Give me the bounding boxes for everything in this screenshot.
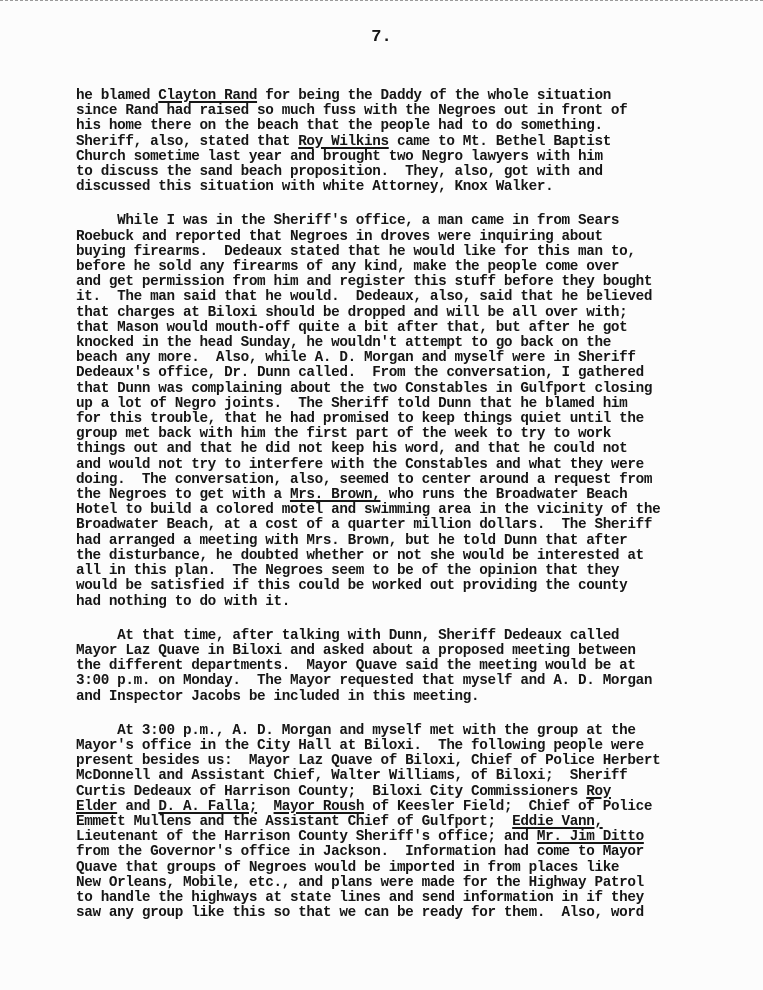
text-line: things out and that he did not keep his …: [76, 442, 736, 457]
text-line: New Orleans, Mobile, etc., and plans wer…: [76, 876, 736, 891]
text-line: doing. The conversation, also, seemed to…: [76, 473, 736, 488]
text-line: At 3:00 p.m., A. D. Morgan and myself me…: [76, 724, 736, 739]
text-run: the disturbance, he doubted whether or n…: [76, 548, 644, 564]
text-line: beach any more. Also, while A. D. Morgan…: [76, 351, 736, 366]
underlined-name: Mayor Roush: [274, 799, 365, 815]
text-run: saw any group like this so that we can b…: [76, 905, 644, 921]
text-run: things out and that he did not keep his …: [76, 441, 627, 457]
text-run: that Dunn was complaining about the two …: [76, 381, 652, 397]
text-line: his home there on the beach that the peo…: [76, 119, 736, 134]
text-run: had nothing to do with it.: [76, 594, 290, 610]
text-run: to discuss the sand beach proposition. T…: [76, 164, 603, 180]
text-line: Lieutenant of the Harrison County Sherif…: [76, 830, 736, 845]
text-line: that Dunn was complaining about the two …: [76, 382, 736, 397]
underlined-name: Roy Wilkins: [298, 134, 389, 150]
text-run: his home there on the beach that the peo…: [76, 118, 603, 134]
text-run: came to Mt. Bethel Baptist: [389, 134, 611, 150]
text-run: New Orleans, Mobile, etc., and plans wer…: [76, 875, 644, 891]
text-run: Mayor's office in the City Hall at Bilox…: [76, 738, 644, 754]
underlined-name: Roy: [586, 784, 611, 800]
text-line: Elder and D. A. Falla; Mayor Roush of Ke…: [76, 800, 736, 815]
text-line: all in this plan. The Negroes seem to be…: [76, 564, 736, 579]
text-line: Emmett Mullens and the Assistant Chief o…: [76, 815, 736, 830]
paragraph: he blamed Clayton Rand for being the Dad…: [76, 89, 736, 195]
text-run: group met back with him the first part o…: [76, 426, 611, 442]
text-line: Church sometime last year and brought tw…: [76, 150, 736, 165]
text-line: knocked in the head Sunday, he wouldn't …: [76, 336, 736, 351]
text-line: since Rand had raised so much fuss with …: [76, 104, 736, 119]
text-run: up a lot of Negro joints. The Sheriff to…: [76, 396, 627, 412]
text-line: discussed this situation with white Atto…: [76, 180, 736, 195]
text-line: and Inspector Jacobs be included in this…: [76, 690, 736, 705]
text-run: to handle the highways at state lines an…: [76, 890, 644, 906]
text-line: the different departments. Mayor Quave s…: [76, 659, 736, 674]
text-line: to handle the highways at state lines an…: [76, 891, 736, 906]
text-line: group met back with him the first part o…: [76, 427, 736, 442]
text-line: 3:00 p.m. on Monday. The Mayor requested…: [76, 674, 736, 689]
text-line: Hotel to build a colored motel and swimm…: [76, 503, 736, 518]
text-run: [257, 799, 273, 815]
underlined-name: D. A. Falla;: [158, 799, 257, 815]
underlined-name: Elder: [76, 799, 117, 815]
text-run: Lieutenant of the Harrison County Sherif…: [76, 829, 537, 845]
document-body: he blamed Clayton Rand for being the Dad…: [76, 89, 736, 940]
text-run: all in this plan. The Negroes seem to be…: [76, 563, 619, 579]
text-line: Curtis Dedeaux of Harrison County; Bilox…: [76, 785, 736, 800]
text-line: from the Governor's office in Jackson. I…: [76, 845, 736, 860]
text-run: that charges at Biloxi should be dropped…: [76, 305, 627, 321]
text-run: present besides us: Mayor Laz Quave of B…: [76, 753, 660, 769]
text-run: the Negroes to get with a: [76, 487, 290, 503]
page-top-border: [0, 0, 763, 1]
text-run: since Rand had raised so much fuss with …: [76, 103, 627, 119]
text-run: for this trouble, that he had promised t…: [76, 411, 644, 427]
text-run: At 3:00 p.m., A. D. Morgan and myself me…: [76, 723, 636, 739]
text-run: McDonnell and Assistant Chief, Walter Wi…: [76, 768, 627, 784]
text-line: McDonnell and Assistant Chief, Walter Wi…: [76, 769, 736, 784]
text-line: had arranged a meeting with Mrs. Brown, …: [76, 534, 736, 549]
text-run: that Mason would mouth-off quite a bit a…: [76, 320, 627, 336]
text-line: Dedeaux's office, Dr. Dunn called. From …: [76, 366, 736, 381]
text-run: doing. The conversation, also, seemed to…: [76, 472, 652, 488]
text-run: buying firearms. Dedeaux stated that he …: [76, 244, 636, 260]
text-run: would be satisfied if this could be work…: [76, 578, 627, 594]
text-line: to discuss the sand beach proposition. T…: [76, 165, 736, 180]
text-run: Hotel to build a colored motel and swimm…: [76, 502, 660, 518]
text-line: he blamed Clayton Rand for being the Dad…: [76, 89, 736, 104]
underlined-name: Clayton Rand: [158, 88, 257, 104]
text-line: saw any group like this so that we can b…: [76, 906, 736, 921]
text-run: the different departments. Mayor Quave s…: [76, 658, 636, 674]
text-line: the disturbance, he doubted whether or n…: [76, 549, 736, 564]
text-line: Broadwater Beach, at a cost of a quarter…: [76, 518, 736, 533]
text-line: Mayor's office in the City Hall at Bilox…: [76, 739, 736, 754]
text-run: from the Governor's office in Jackson. I…: [76, 844, 644, 860]
text-run: Dedeaux's office, Dr. Dunn called. From …: [76, 365, 644, 381]
text-line: While I was in the Sheriff's office, a m…: [76, 214, 736, 229]
text-run: discussed this situation with white Atto…: [76, 179, 553, 195]
page-number: 7.: [0, 28, 763, 47]
text-run: and get permission from him and register…: [76, 274, 652, 290]
text-run: Broadwater Beach, at a cost of a quarter…: [76, 517, 652, 533]
text-line: had nothing to do with it.: [76, 595, 736, 610]
text-line: Roebuck and reported that Negroes in dro…: [76, 230, 736, 245]
text-line: Mayor Laz Quave in Biloxi and asked abou…: [76, 644, 736, 659]
text-run: Curtis Dedeaux of Harrison County; Bilox…: [76, 784, 586, 800]
text-run: Sheriff, also, stated that: [76, 134, 298, 150]
paragraph: At 3:00 p.m., A. D. Morgan and myself me…: [76, 724, 736, 922]
text-line: and would not try to interfere with the …: [76, 458, 736, 473]
text-line: that charges at Biloxi should be dropped…: [76, 306, 736, 321]
text-run: Church sometime last year and brought tw…: [76, 149, 603, 165]
text-run: he blamed: [76, 88, 158, 104]
text-run: Mayor Laz Quave in Biloxi and asked abou…: [76, 643, 636, 659]
text-run: knocked in the head Sunday, he wouldn't …: [76, 335, 611, 351]
text-line: Sheriff, also, stated that Roy Wilkins c…: [76, 135, 736, 150]
text-line: Quave that groups of Negroes would be im…: [76, 861, 736, 876]
text-line: At that time, after talking with Dunn, S…: [76, 629, 736, 644]
text-line: before he sold any firearms of any kind,…: [76, 260, 736, 275]
text-run: who runs the Broadwater Beach: [381, 487, 628, 503]
text-run: it. The man said that he would. Dedeaux,…: [76, 289, 652, 305]
text-run: and would not try to interfere with the …: [76, 457, 644, 473]
text-run: and Inspector Jacobs be included in this…: [76, 689, 479, 705]
text-line: would be satisfied if this could be work…: [76, 579, 736, 594]
text-run: Roebuck and reported that Negroes in dro…: [76, 229, 603, 245]
text-line: buying firearms. Dedeaux stated that he …: [76, 245, 736, 260]
text-run: While I was in the Sheriff's office, a m…: [76, 213, 619, 229]
paragraph: While I was in the Sheriff's office, a m…: [76, 214, 736, 609]
text-line: up a lot of Negro joints. The Sheriff to…: [76, 397, 736, 412]
text-line: for this trouble, that he had promised t…: [76, 412, 736, 427]
text-line: and get permission from him and register…: [76, 275, 736, 290]
text-run: beach any more. Also, while A. D. Morgan…: [76, 350, 636, 366]
paragraph: At that time, after talking with Dunn, S…: [76, 629, 736, 705]
text-line: the Negroes to get with a Mrs. Brown, wh…: [76, 488, 736, 503]
text-run: Quave that groups of Negroes would be im…: [76, 860, 619, 876]
underlined-name: Mr. Jim Ditto: [537, 829, 644, 845]
text-run: had arranged a meeting with Mrs. Brown, …: [76, 533, 627, 549]
text-line: it. The man said that he would. Dedeaux,…: [76, 290, 736, 305]
text-run: before he sold any firearms of any kind,…: [76, 259, 619, 275]
text-run: and: [117, 799, 158, 815]
text-run: Emmett Mullens and the Assistant Chief o…: [76, 814, 512, 830]
text-run: of Keesler Field; Chief of Police: [364, 799, 652, 815]
text-line: present besides us: Mayor Laz Quave of B…: [76, 754, 736, 769]
text-run: for being the Daddy of the whole situati…: [257, 88, 611, 104]
underlined-name: Eddie Vann,: [512, 814, 603, 830]
underlined-name: Mrs. Brown,: [290, 487, 381, 503]
text-line: that Mason would mouth-off quite a bit a…: [76, 321, 736, 336]
text-run: At that time, after talking with Dunn, S…: [76, 628, 619, 644]
text-run: 3:00 p.m. on Monday. The Mayor requested…: [76, 673, 652, 689]
